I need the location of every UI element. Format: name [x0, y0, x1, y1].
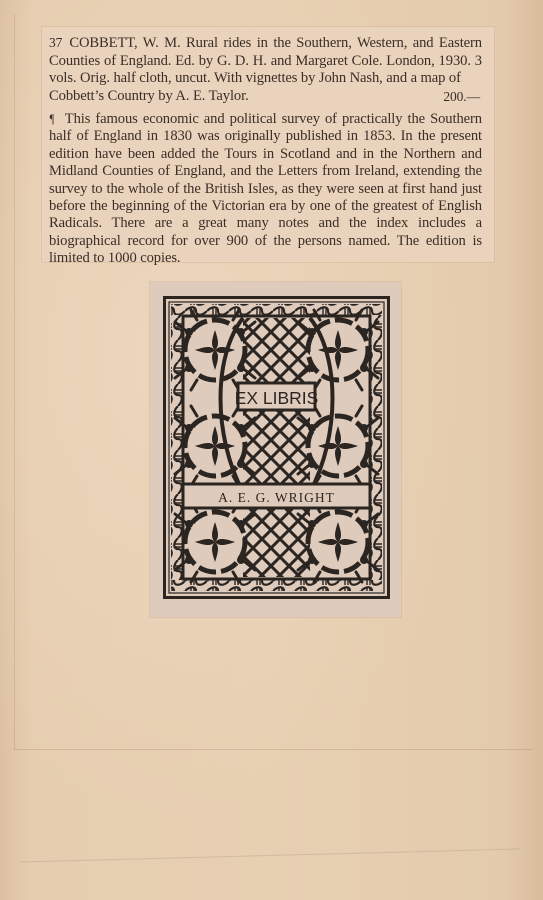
lot-number: 37 [49, 35, 62, 50]
entry-line-1: COBBETT, W. M. Rural rides in the Southe… [69, 35, 482, 51]
entry-line-3: vols. Orig. half cloth, uncut. With vign… [49, 70, 461, 86]
bookplate-owner: A. E. G. WRIGHT [218, 490, 335, 505]
description-text: This famous economic and political surve… [49, 111, 482, 266]
entry-line-2: Counties of England. Ed. by G. D. H. and… [49, 53, 482, 69]
entry-final-line: Cobbett’s Country by A. E. Taylor. 200.— [49, 88, 482, 106]
pilcrow-icon: ¶ [50, 110, 55, 127]
faint-show-through-rule [20, 848, 520, 862]
price: 200.— [443, 88, 482, 106]
catalogue-clipping: 37COBBETT, W. M. Rural rides in the Sout… [42, 27, 494, 262]
catalogue-entry: 37COBBETT, W. M. Rural rides in the Sout… [49, 34, 482, 88]
description-paragraph: ¶This famous economic and political surv… [49, 110, 482, 268]
ex-libris-title: EX LIBRIS [235, 388, 319, 408]
bookplate: EX LIBRIS A. E. G. WRIGHT [150, 282, 401, 617]
entry-line-4: Cobbett’s Country by A. E. Taylor. [49, 88, 249, 106]
bookplate-ornament: EX LIBRIS A. E. G. WRIGHT [163, 296, 390, 599]
